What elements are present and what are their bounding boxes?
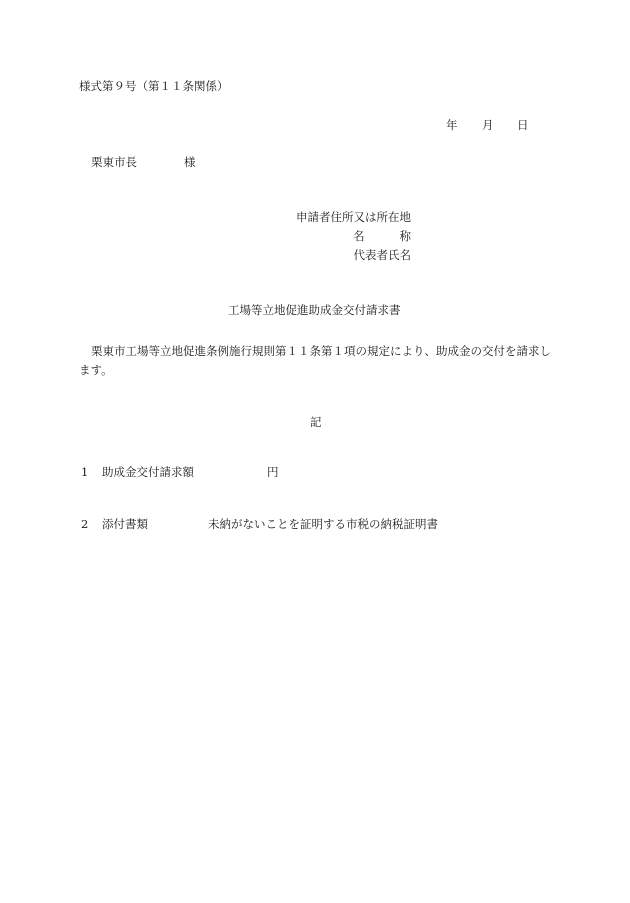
date-line: 年月日 — [446, 120, 529, 132]
applicant-representative-label: 代表者氏名 — [294, 250, 411, 269]
item-number: 2 — [81, 519, 102, 531]
date-month-label: 月 — [482, 120, 517, 132]
item-value: 未納がないことを証明する市税の納税証明書 — [208, 517, 438, 531]
item-label: 添付書類 — [102, 519, 208, 531]
item-request-amount: 1助成金交付請求額円 — [81, 467, 279, 479]
date-year-label: 年 — [446, 120, 482, 132]
item-value: 円 — [267, 465, 279, 479]
document-title: 工場等立地促進助成金交付請求書 — [228, 305, 401, 317]
addressee: 栗東市長様 — [91, 157, 196, 169]
body-text: 栗東市工場等立地促進条例施行規則第１１条第１項の規定により、助成金の交付を請求し… — [79, 342, 551, 380]
applicant-block: 申請者住所又は所在地 名 称 代表者氏名 — [294, 212, 411, 269]
item-label: 助成金交付請求額 — [102, 467, 267, 479]
addressee-honorific: 様 — [184, 155, 196, 169]
item-number: 1 — [81, 467, 102, 479]
addressee-name: 栗東市長 — [91, 157, 184, 169]
form-number: 様式第９号（第１１条関係） — [79, 81, 229, 93]
ki-heading: 記 — [310, 417, 322, 429]
date-day-label: 日 — [517, 120, 529, 132]
item-attachments: 2添付書類未納がないことを証明する市税の納税証明書 — [81, 519, 438, 531]
